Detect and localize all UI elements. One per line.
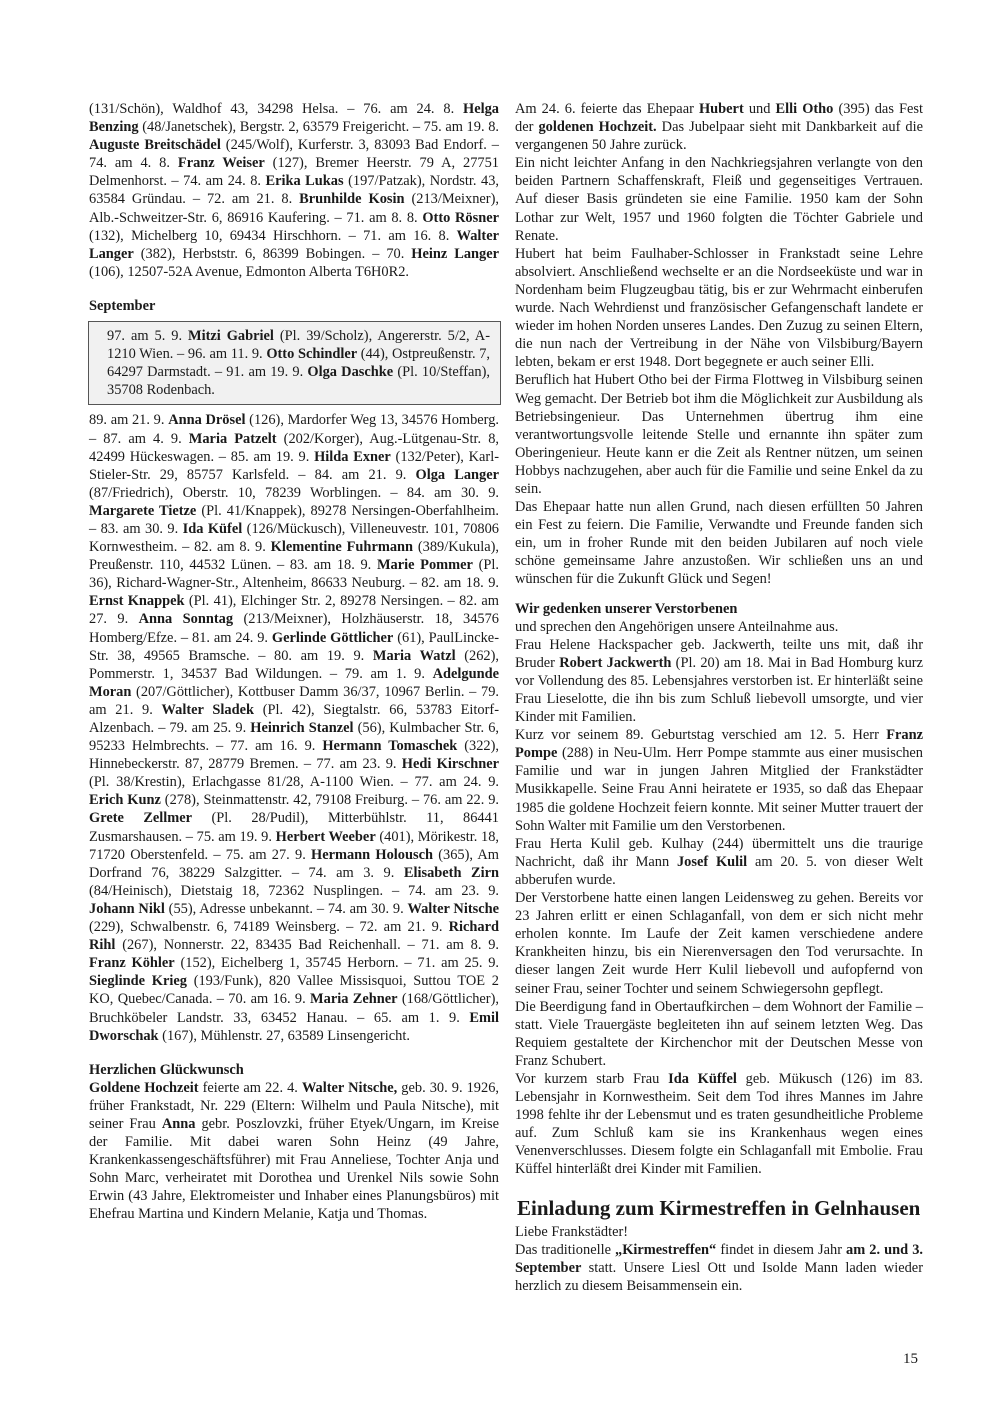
bold-name: Goldene Hochzeit [89,1080,199,1096]
page-number: 15 [903,1351,918,1368]
right-column: Am 24. 6. feierte das Ehepaar Hubert und… [515,100,923,1295]
bold-name: Maria Patzelt [189,431,277,447]
bold-name: Otto Rösner [422,210,499,226]
bold-name: Maria Watzl [373,648,456,664]
bold-name: Robert Jackwerth [559,655,671,671]
birthday-list-september: 89. am 21. 9. Anna Drösel (126), Mardorf… [89,411,499,1044]
obituaries-article: und sprechen den Angehörigen unsere Ante… [515,618,923,1179]
paragraph: Ein nicht leichter Anfang in den Nachkri… [515,154,923,244]
birthday-list-august: (131/Schön), Waldhof 43, 34298 Helsa. – … [89,100,499,281]
bold-name: Olga Langer [416,467,499,483]
bold-name: Anna Sonntag [139,611,233,627]
paragraph: Frau Helene Hackspacher geb. Jackwerth, … [515,636,923,726]
bold-name: Helga Benzing [89,101,499,135]
bold-name: Erich Kunz [89,792,161,808]
bold-name: Otto Schindler [266,346,357,362]
bold-name: Hedi Kirschner [402,756,499,772]
bold-name: Richard Rihl [89,919,499,953]
bold-name: Franz Köhler [89,955,175,971]
bold-name: Walter Nitsche, [302,1080,397,1096]
left-column: (131/Schön), Waldhof 43, 34298 Helsa. – … [89,100,499,1224]
paragraph: Beruflich hat Hubert Otho bei der Firma … [515,371,923,498]
bold-name: Ida Küfel [183,521,243,537]
bold-name: Walter Sladek [162,702,254,718]
paragraph: Das Ehepaar hatte nun allen Grund, nach … [515,498,923,588]
bold-name: Heinrich Stanzel [250,720,353,736]
bold-name: Olga Daschke [307,364,393,380]
bold-name: Josef Kulil [677,854,747,870]
paragraph: Der Verstorbene hatte einen langen Leide… [515,889,923,998]
bold-name: Margarete Tietze [89,503,196,519]
section-heading-invitation: Einladung zum Kirmestreffen in Gelnhause… [515,1195,923,1221]
bold-name: Mitzi Gabriel [188,328,274,344]
bold-name: „Kirmestreffen“ [615,1242,716,1258]
highlight-box-september: 97. am 5. 9. Mitzi Gabriel (Pl. 39/Schol… [88,321,501,405]
bold-name: Hermann Tomaschek [322,738,457,754]
paragraph: Liebe Frankstädter! [515,1223,923,1241]
bold-name: am 2. und 3. September [515,1242,923,1276]
bold-name: Maria Zehner [310,991,397,1007]
bold-name: Heinz Langer [411,246,499,262]
section-heading-september: September [89,297,499,315]
section-heading-obituaries: Wir gedenken unserer Verstorbenen [515,600,923,618]
bold-name: Elli Otho [776,101,834,117]
bold-name: Erika Lukas [266,173,344,189]
bold-name: Hilda Exner [314,449,391,465]
bold-name: Hermann Holousch [311,847,433,863]
bold-name: Herbert Weeber [276,829,376,845]
bold-name: Walter Nitsche [408,901,500,917]
golden-wedding-article: Am 24. 6. feierte das Ehepaar Hubert und… [515,100,923,589]
bold-name: Gerlinde Göttlicher [272,630,393,646]
bold-name: goldenen Hochzeit. [538,119,656,135]
paragraph: Hubert hat beim Faulhaber-Schlosser in F… [515,245,923,372]
bold-name: Anna Drösel [168,412,245,428]
bold-name: Elisabeth Zirn [404,865,499,881]
paragraph: und sprechen den Angehörigen unsere Ante… [515,618,923,636]
bold-name: Franz Weiser [178,155,265,171]
invitation-article: Liebe Frankstädter!Das traditionelle „Ki… [515,1223,923,1295]
paragraph: Das traditionelle „Kirmestreffen“ findet… [515,1241,923,1295]
bold-name: Johann Nikl [89,901,165,917]
bold-name: Hubert [699,101,744,117]
bold-name: Franz Pompe [515,727,923,761]
bold-name: Brunhilde Kosin [299,191,404,207]
bold-name: Sieglinde Krieg [89,973,187,989]
paragraph: Am 24. 6. feierte das Ehepaar Hubert und… [515,100,923,154]
bold-name: Auguste Breitschädel [89,137,221,153]
bold-name: Grete Zellmer [89,810,192,826]
paragraph: Kurz vor seinem 89. Geburtstag verschied… [515,726,923,835]
bold-name: Anna [162,1116,196,1132]
congratulations-text: Goldene Hochzeit feierte am 22. 4. Walte… [89,1079,499,1224]
paragraph: Die Beerdigung fand in Obertaufkirchen –… [515,998,923,1070]
bold-name: Ernst Knappek [89,593,185,609]
bold-name: Ida Küffel [668,1071,737,1087]
birthday-list-september-highlight: 97. am 5. 9. Mitzi Gabriel (Pl. 39/Schol… [107,327,490,399]
bold-name: Adelgunde Moran [89,666,499,700]
bold-name: Marie Pommer [377,557,473,573]
bold-name: Klementine Fuhrmann [271,539,413,555]
bold-name: Emil Dworschak [89,1010,499,1044]
paragraph: Vor kurzem starb Frau Ida Küffel geb. Mü… [515,1070,923,1179]
paragraph: Frau Herta Kulil geb. Kulhay (244) überm… [515,835,923,889]
section-heading-congratulations: Herzlichen Glückwunsch [89,1061,499,1079]
